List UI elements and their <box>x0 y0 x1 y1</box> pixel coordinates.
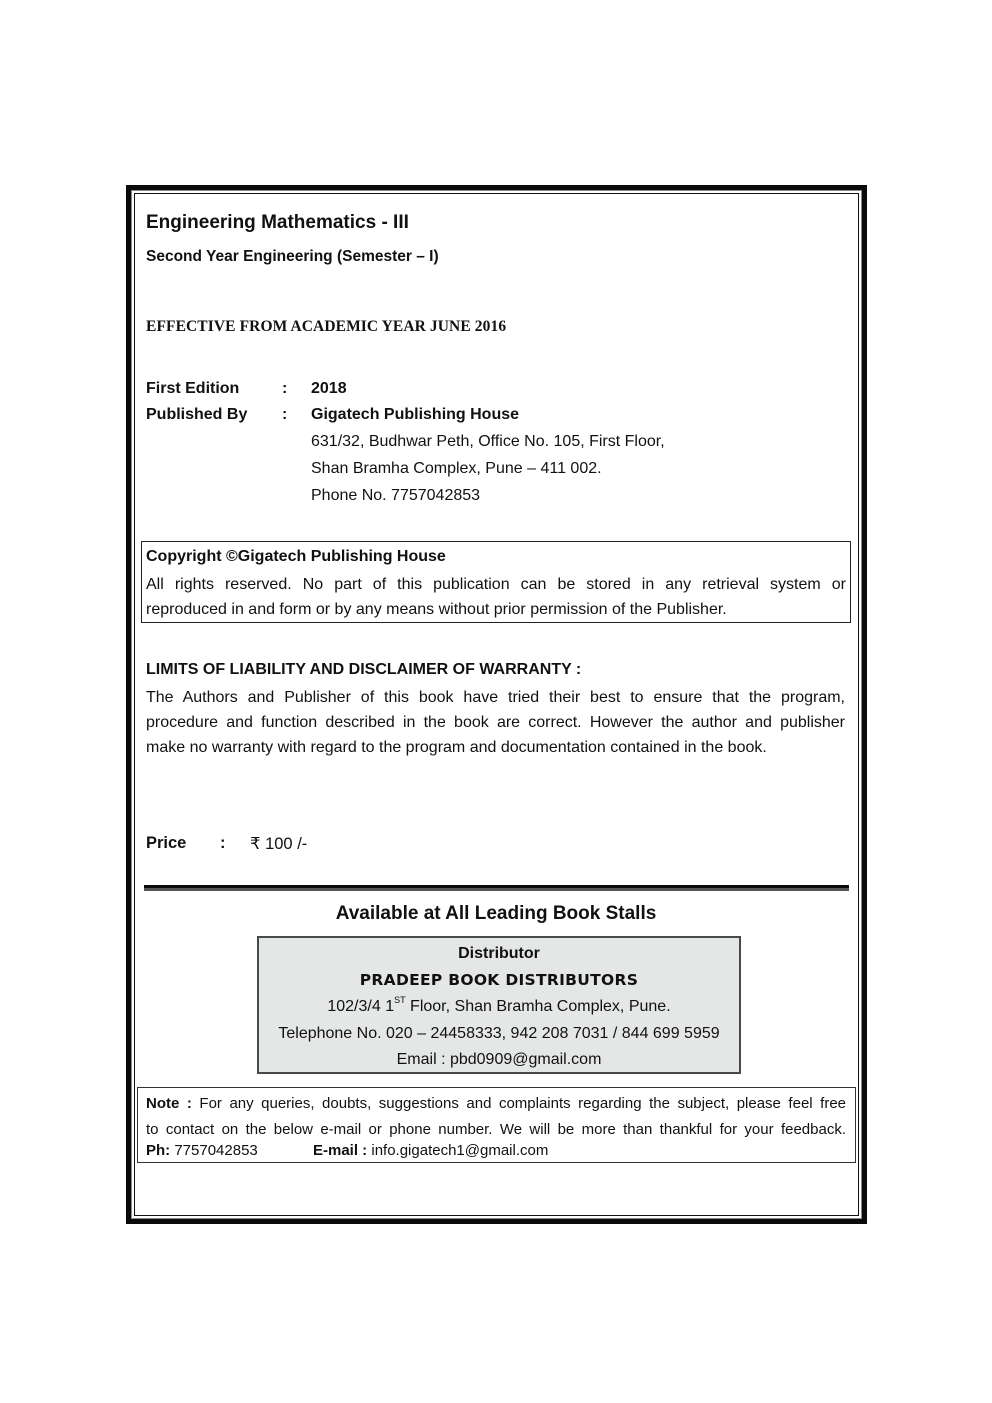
edition-colon: : <box>282 380 287 398</box>
publisher-phone: Phone No. 7757042853 <box>311 487 480 505</box>
publisher-address-line1: 631/32, Budhwar Peth, Office No. 105, Fi… <box>311 433 665 451</box>
copyright-text: All rights reserved. No part of this pub… <box>146 572 846 622</box>
price-colon: : <box>220 834 226 853</box>
note-line1-text: For any queries, doubts, suggestions and… <box>192 1095 846 1112</box>
warranty-text-line1: The Authors and Publisher of this book h… <box>146 685 845 710</box>
copyright-text-line2: reproduced in and form or by any means w… <box>146 597 846 622</box>
note-line1: Note : For any queries, doubts, suggesti… <box>146 1095 846 1112</box>
distributor-address-suffix: Floor, Shan Bramha Complex, Pune. <box>406 998 671 1015</box>
warranty-text: The Authors and Publisher of this book h… <box>146 685 845 760</box>
edition-label: First Edition <box>146 380 239 398</box>
distributor-telephone: Telephone No. 020 – 24458333, 942 208 70… <box>257 1025 741 1043</box>
note-label: Note : <box>146 1095 192 1112</box>
availability-heading: Available at All Leading Book Stalls <box>0 903 992 925</box>
publisher-address-line2: Shan Bramha Complex, Pune – 411 002. <box>311 460 602 478</box>
publisher-colon: : <box>282 406 287 424</box>
price-value: ₹ 100 /- <box>250 834 307 854</box>
note-email-label: E-mail : <box>313 1142 367 1159</box>
distributor-address-superscript: ST <box>394 995 406 1005</box>
copyright-title: Copyright ©Gigatech Publishing House <box>146 548 446 566</box>
note-email[interactable]: E-mail : info.gigatech1@gmail.com <box>313 1142 548 1159</box>
publisher-label: Published By <box>146 406 247 424</box>
book-subtitle: Second Year Engineering (Semester – I) <box>146 248 439 266</box>
edition-value: 2018 <box>311 380 347 398</box>
note-phone-value: 7757042853 <box>170 1142 258 1159</box>
effective-year: EFFECTIVE FROM ACADEMIC YEAR JUNE 2016 <box>146 318 506 336</box>
warranty-title: LIMITS OF LIABILITY AND DISCLAIMER OF WA… <box>146 661 581 679</box>
note-phone-label: Ph: <box>146 1142 170 1159</box>
distributor-email[interactable]: Email : pbd0909@gmail.com <box>257 1051 741 1069</box>
warranty-text-line2: procedure and function described in the … <box>146 710 845 735</box>
distributor-address-prefix: 102/3/4 1 <box>327 998 394 1015</box>
warranty-text-line3: make no warranty with regard to the prog… <box>146 735 845 760</box>
note-phone: Ph: 7757042853 <box>146 1142 258 1159</box>
note-line2: to contact on the below e-mail or phone … <box>146 1121 846 1138</box>
book-title: Engineering Mathematics - III <box>146 212 409 234</box>
note-email-value[interactable]: info.gigatech1@gmail.com <box>367 1142 548 1159</box>
distributor-label: Distributor <box>257 945 741 963</box>
distributor-address: 102/3/4 1ST Floor, Shan Bramha Complex, … <box>257 998 741 1016</box>
copyright-text-line1: All rights reserved. No part of this pub… <box>146 572 846 597</box>
section-divider-shadow <box>144 888 849 891</box>
distributor-name: PRADEEP BOOK DISTRIBUTORS <box>257 971 741 989</box>
publisher-name: Gigatech Publishing House <box>311 406 519 424</box>
price-label: Price <box>146 834 186 853</box>
